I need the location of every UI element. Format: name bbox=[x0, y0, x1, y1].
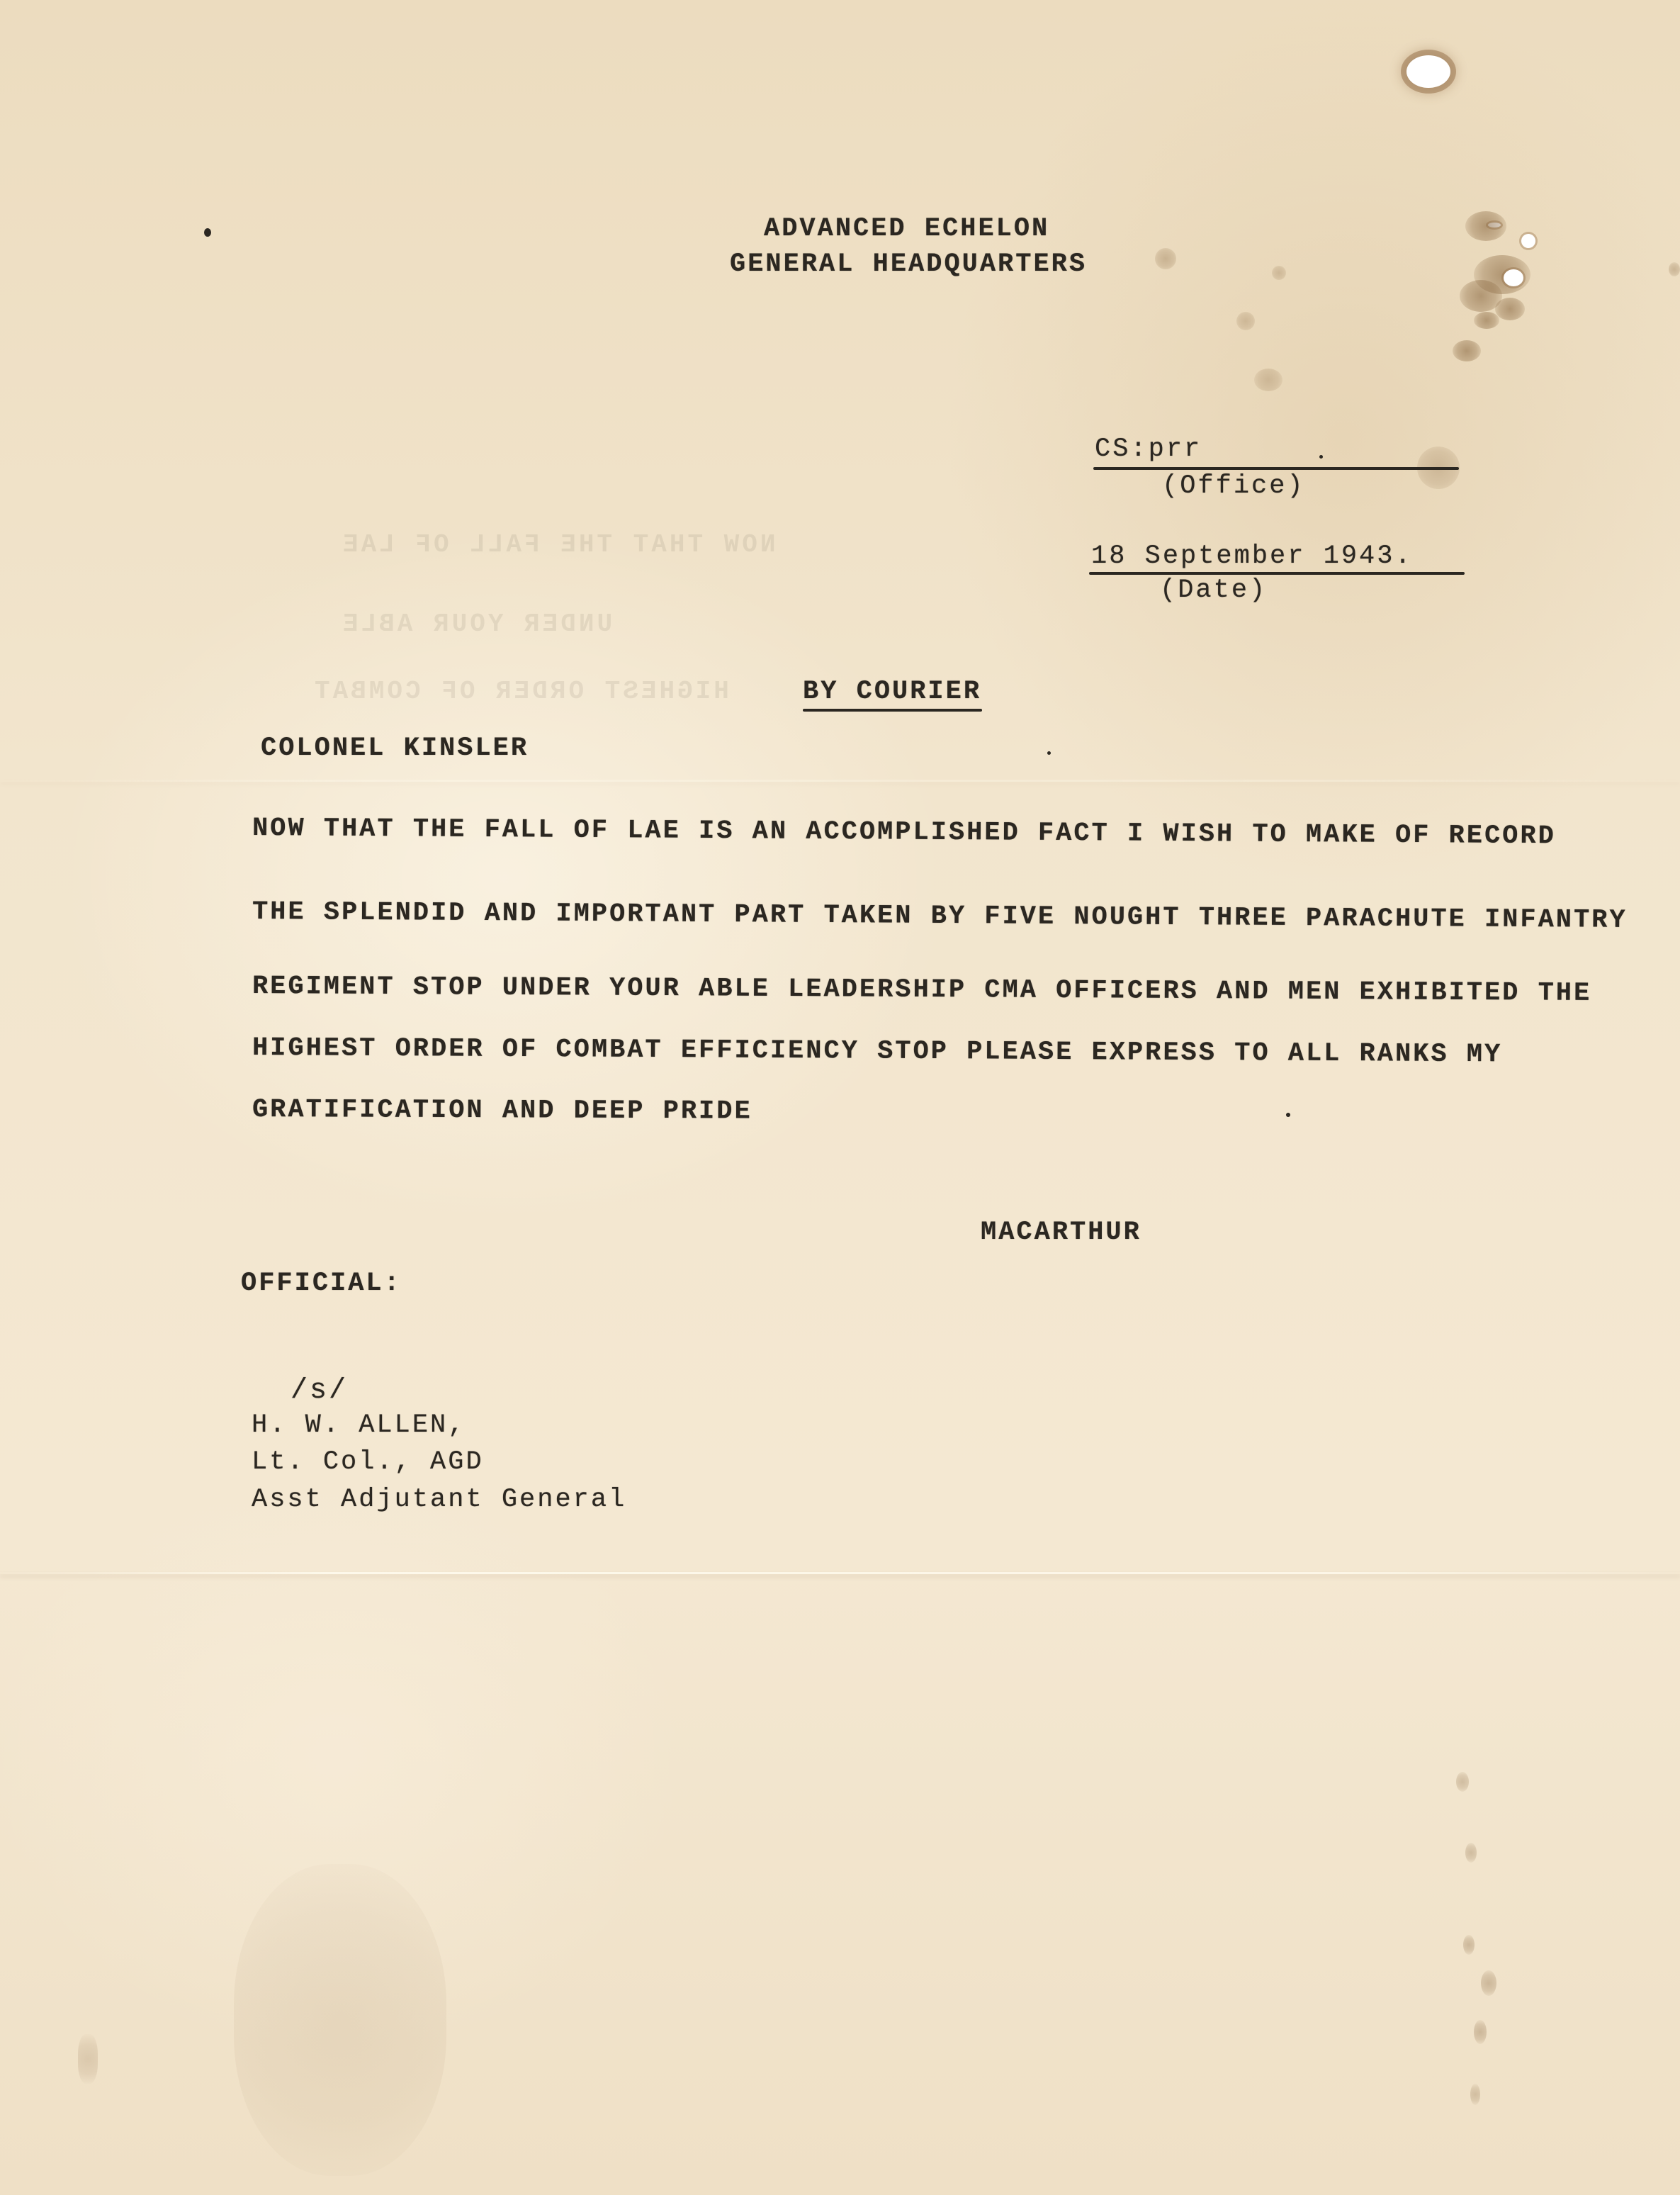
body-line: THE SPLENDID AND IMPORTANT PART TAKEN BY… bbox=[252, 897, 1628, 936]
bleed-through-text: NOW THAT THE FALL OF LAE bbox=[340, 530, 775, 559]
body-line: NOW THAT THE FALL OF LAE IS AN ACCOMPLIS… bbox=[252, 814, 1556, 851]
addressee: COLONEL KINSLER bbox=[261, 734, 529, 763]
stain-spot bbox=[1474, 2020, 1487, 2044]
office-underline bbox=[1093, 467, 1459, 470]
paper-hole bbox=[1406, 55, 1450, 88]
signature-rank: Lt. Col., AGD bbox=[252, 1447, 484, 1477]
bleed-through-text: UNDER YOUR ABLE bbox=[340, 610, 612, 639]
stain-spot bbox=[1495, 298, 1525, 320]
body-line: HIGHEST ORDER OF COMBAT EFFICIENCY STOP … bbox=[252, 1033, 1502, 1070]
ink-speck bbox=[1319, 455, 1323, 459]
delivery-underline bbox=[803, 709, 982, 712]
ink-speck bbox=[204, 228, 211, 237]
stain-spot bbox=[1474, 312, 1499, 329]
stain-spot bbox=[1465, 211, 1506, 241]
fold-crease bbox=[0, 1572, 1680, 1574]
official-label: OFFICIAL: bbox=[241, 1269, 402, 1298]
delivery-method: BY COURIER bbox=[803, 677, 981, 707]
date-label: (Date) bbox=[1160, 576, 1267, 605]
stain-spot bbox=[1481, 1970, 1496, 1996]
bleed-through-text: HIGHEST ORDER OF COMBAT bbox=[312, 677, 729, 706]
signature-name: H. W. ALLEN, bbox=[252, 1410, 466, 1440]
signer-name: MACARTHUR bbox=[981, 1218, 1141, 1247]
ink-speck bbox=[1286, 1113, 1290, 1117]
stain-spot bbox=[1272, 266, 1286, 280]
header-line-2: GENERAL HEADQUARTERS bbox=[730, 249, 1087, 279]
stain-spot bbox=[1155, 248, 1176, 269]
stain-spot bbox=[1669, 262, 1680, 276]
body-line: GRATIFICATION AND DEEP PRIDE bbox=[252, 1095, 752, 1126]
paper-hole bbox=[1504, 269, 1523, 286]
signature-title: Asst Adjutant General bbox=[252, 1485, 626, 1515]
stain-spot bbox=[78, 2034, 98, 2084]
water-stain bbox=[234, 1864, 446, 2176]
stain-spot bbox=[1470, 2084, 1480, 2105]
body-line: REGIMENT STOP UNDER YOUR ABLE LEADERSHIP… bbox=[252, 972, 1591, 1009]
signature-mark: /s/ bbox=[291, 1375, 348, 1407]
office-value: CS:prr bbox=[1095, 434, 1202, 464]
office-label: (Office) bbox=[1162, 471, 1305, 501]
paper-hole bbox=[1521, 234, 1535, 248]
stain-spot bbox=[1465, 1843, 1477, 1863]
letter-page: NOW THAT THE FALL OF LAE UNDER YOUR ABLE… bbox=[0, 0, 1680, 2195]
stain-spot bbox=[1453, 340, 1481, 361]
ink-speck bbox=[1047, 751, 1051, 755]
date-value: 18 September 1943. bbox=[1091, 541, 1413, 571]
date-underline bbox=[1089, 572, 1465, 575]
stain-spot bbox=[1236, 312, 1255, 330]
fold-crease bbox=[0, 780, 1680, 782]
header-line-1: ADVANCED ECHELON bbox=[764, 214, 1049, 244]
stain-spot bbox=[1456, 1772, 1469, 1792]
stain-spot bbox=[1463, 1935, 1475, 1955]
stain-spot bbox=[1254, 369, 1282, 391]
